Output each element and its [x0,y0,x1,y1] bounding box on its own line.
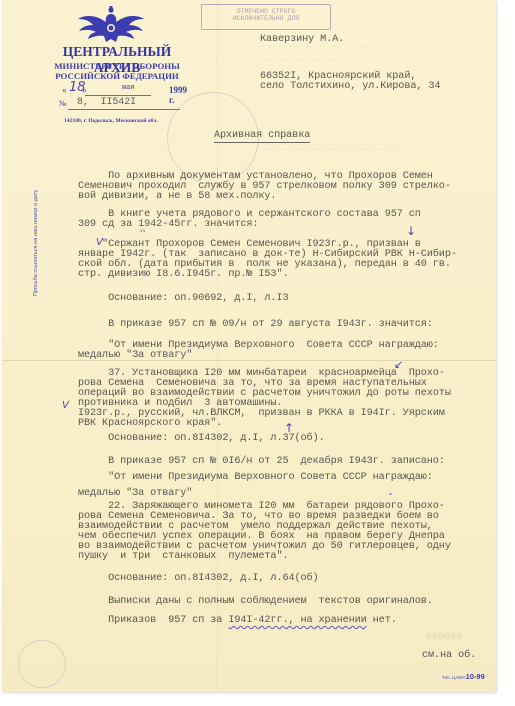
archive-certificate-page: . ······· ·· ······· ····· ·········· ··… [2,0,496,692]
extracts-accuracy-statement: Выписки даны с полным соблюдением тексто… [78,597,433,607]
top-stamp-text: ОТМЕЧЕНО СТРОГО ИСКЛЮЧИТЕЛЬНО ДЛЯ [208,8,324,22]
print-code: Тип. ЦАМО10-99 [442,672,485,681]
orders-not-stored-statement: Приказов 957 сп за I94I-42гг., на хранен… [78,616,397,626]
number-label: № [59,99,67,108]
paragraph-register-book: В книге учета рядового и сержантского со… [78,210,421,230]
document-title: Архивная справка [214,131,310,143]
date-month: мая [122,84,135,92]
bleed-through-text: ··············· ········· [262,145,397,155]
recipient-name: Каверзину М.А. [260,35,344,45]
see-reverse-note: см.на об. [422,651,476,661]
margin-reference-note: Просьба ссылаться на наш номер и дату [33,168,39,318]
recipient-address-line-2: село Толстихино, ул.Кирова, 34 [260,82,440,92]
pen-check-mark: V [62,400,69,411]
round-seal-stamp-bottom [18,640,66,688]
basis-reference-3: Основание: оп.8I4302, д.I, л.64(об) [78,574,319,584]
pen-underline-mark: ᵥᵥ [140,226,146,234]
text-line: В приказе 957 сп № 0I6/н от 25 декабря I… [78,457,445,467]
stamp-line-2: ИСКЛЮЧИТЕЛЬНО ДЛЯ [233,15,299,22]
wavy-underlined-text: I94I-42гг., на хранении [228,615,366,626]
org-subtitle-ministry: МИНИСТЕРСТВА ОБОРОНЫ [42,61,192,71]
stamp-line-1: ОТМЕЧЕНО СТРОГО [237,8,296,15]
double-headed-eagle-icon [76,6,146,44]
bleed-through-text: ·········· ···· ········ ··· [192,55,343,65]
bleed-through-digits: 000000 [426,632,462,643]
paragraph-service-statement: По архивным документам установлено, что … [78,172,451,202]
outgoing-number: 8, II542I [77,98,136,108]
archive-address: 142100, г. Подольск, Московской обл. [64,118,158,124]
number-underline [68,109,180,110]
text-line: 309 сд за 1942-45гг. значится: [78,220,421,230]
basis-reference-1: Основание: оп.90692, д.I, л.I3 [78,294,288,304]
org-subtitle-federation: РОССИЙСКОЙ ФЕДЕРАЦИИ [42,71,192,81]
order-reference-august-1943: В приказе 957 сп № 09/н от 29 августа I9… [78,320,433,330]
date-underline [85,95,151,96]
award-citation-22: 22. Заряжающего миномета I20 мм батареи … [78,502,451,562]
text-line: стр. дивизию I8.6.I945г. пр.№ I53". [78,270,457,280]
text-line: пушку и три станковых пулемета". [78,552,451,562]
award-decree-1: "От имени Президиума Верховного Совета С… [78,341,439,361]
basis-reference-2: Основание: оп.8I4302, д.I, л.37(об). [78,434,325,444]
text-line: "От имени Президиума Верховного Совета С… [78,473,445,483]
text-line: вой дивизии, а не в 58 мех.полку. [78,192,451,202]
text-line: медалью "За отвагу" [78,351,439,361]
paragraph-register-entry: "Сержант Прохоров Семен Семенович I923г.… [78,240,457,280]
award-citation-37: 37. Установщика I20 мм минбатареи красно… [78,369,451,429]
text-line: РВК Красноярского края". [78,419,451,429]
date-year: 1999 г. [169,85,192,105]
pen-arrow-mark: ↓ [406,224,416,238]
